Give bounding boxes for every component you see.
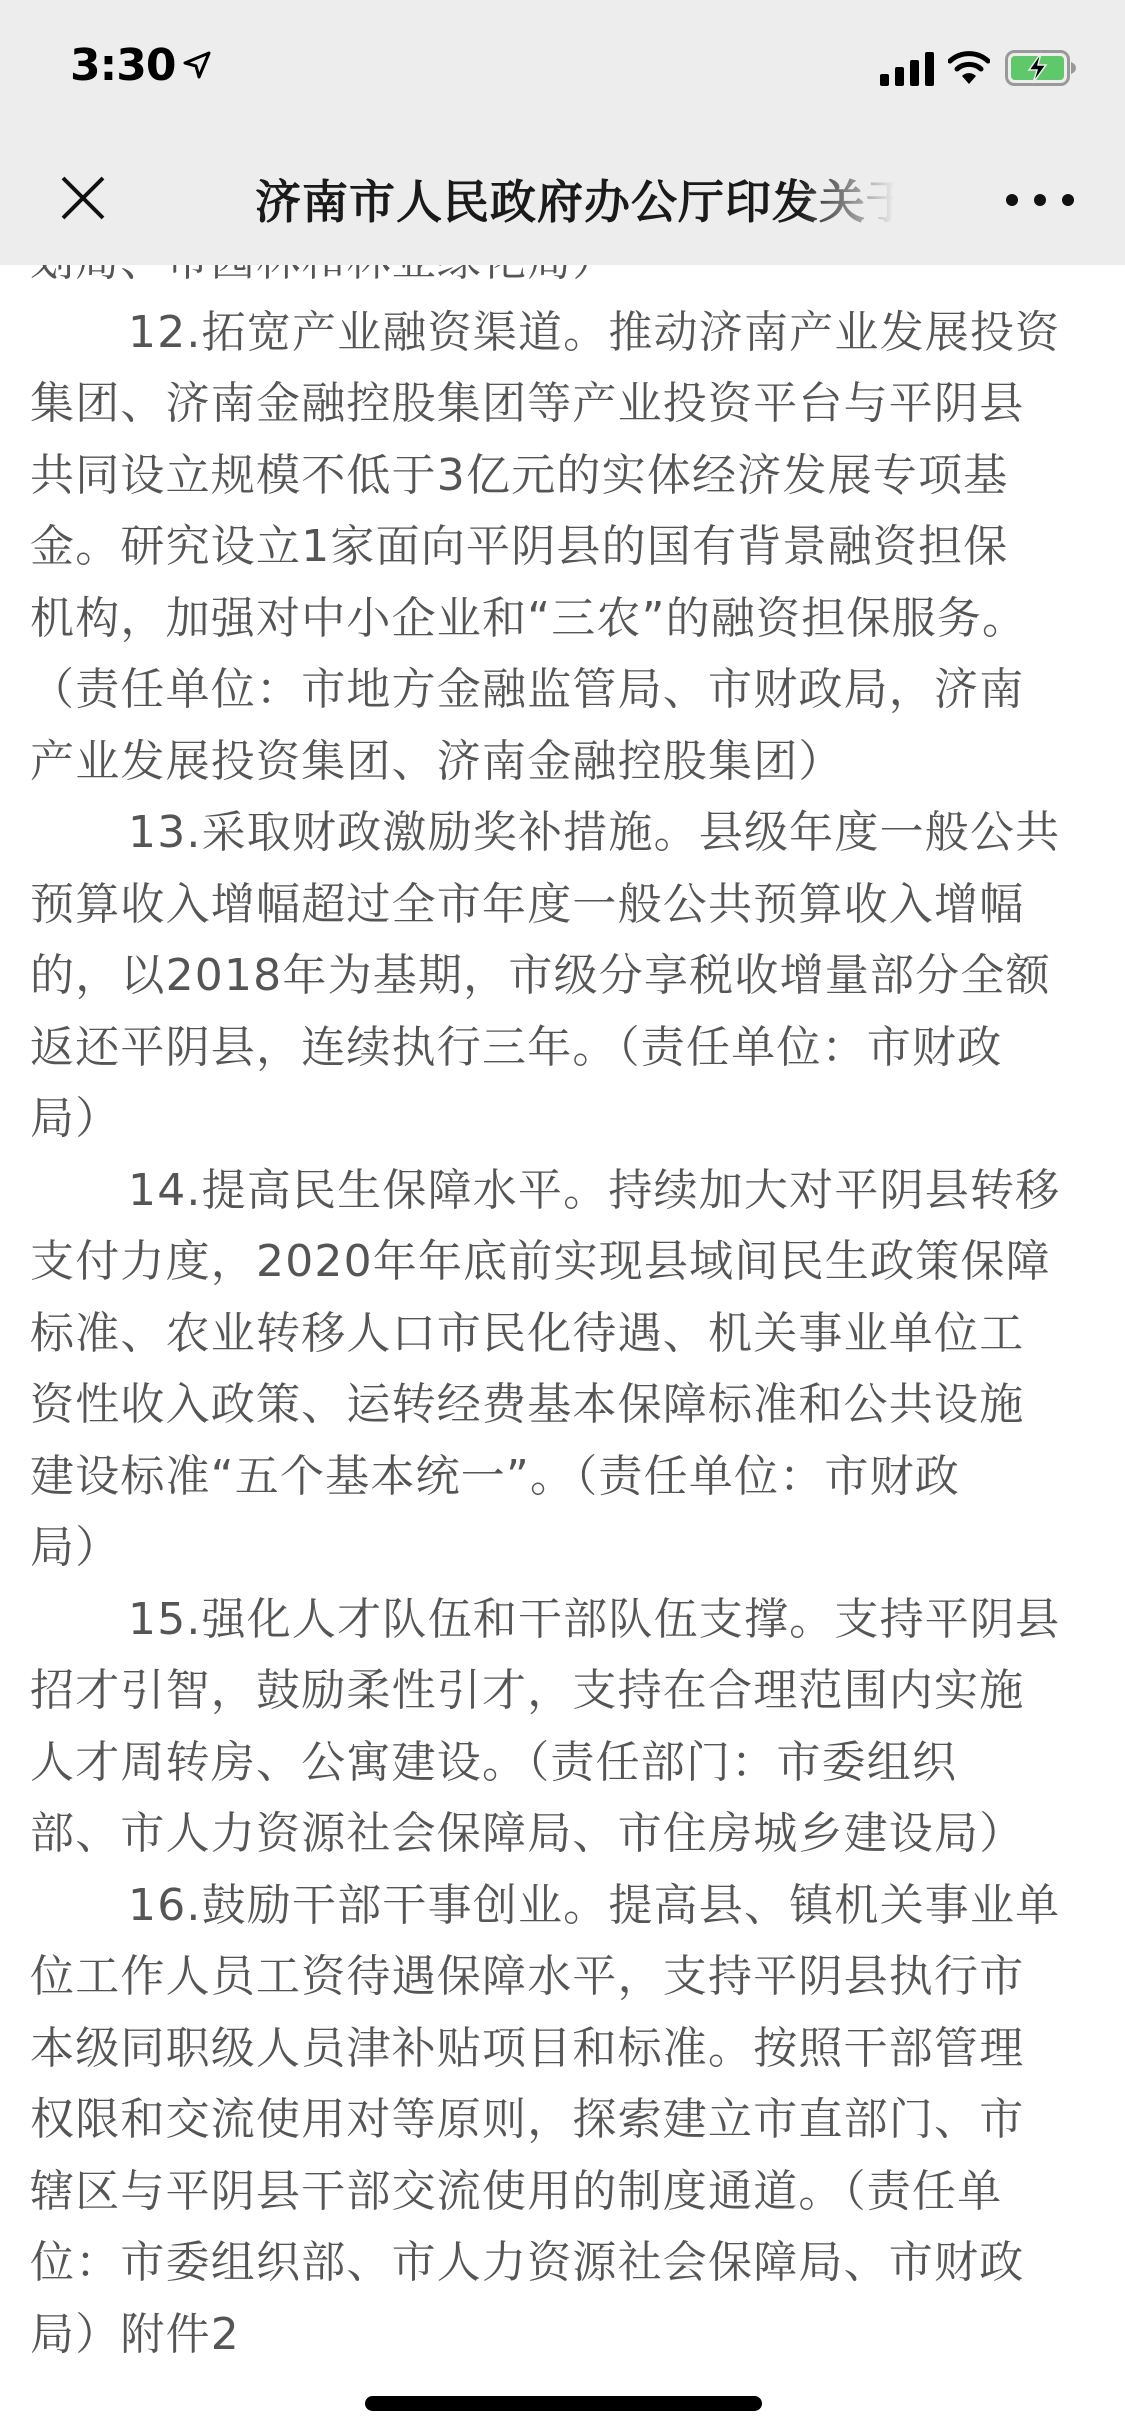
text-line: （责任单位：市地方金融监管局、市财政局，济南 xyxy=(30,654,1100,726)
wifi-icon xyxy=(948,48,990,86)
text-line: 集团、济南金融控股集团等产业投资平台与平阴县 xyxy=(30,368,1100,440)
text-line: 标准、农业转移人口市民化待遇、机关事业单位工 xyxy=(30,1298,1100,1370)
text-line: 建设标准“五个基本统一”。（责任单位：市财政 xyxy=(30,1441,1100,1513)
status-time: 3:30 xyxy=(70,40,175,91)
text-line: 共同设立规模不低于3亿元的实体经济发展专项基 xyxy=(30,440,1100,512)
text-line: 人才周转房、公寓建设。（责任部门：市委组织 xyxy=(30,1727,1100,1799)
text-line: 权限和交流使用对等原则，探索建立市直部门、市 xyxy=(30,2084,1100,2156)
paragraph-start-line: 14.提高民生保障水平。持续加大对平阴县转移 xyxy=(30,1155,1100,1227)
battery-charging-icon xyxy=(1005,50,1077,86)
more-icon[interactable] xyxy=(1000,180,1080,220)
status-bar: 3:30 xyxy=(0,0,1125,130)
cellular-signal-icon xyxy=(880,52,936,86)
text-line: 局）附件2 xyxy=(30,2299,1100,2371)
text-line: 部、市人力资源社会保障局、市住房城乡建设局） xyxy=(30,1798,1100,1870)
text-line: 位：市委组织部、市人力资源社会保障局、市财政 xyxy=(30,2227,1100,2299)
text-line: 划局、市园林和林业绿化局） xyxy=(30,265,1100,297)
paragraph-start-line: 15.强化人才队伍和干部队伍支撑。支持平阴县 xyxy=(30,1584,1100,1656)
text-line: 局） xyxy=(30,1512,1100,1584)
location-arrow-icon xyxy=(182,50,212,80)
text-line: 局） xyxy=(30,1083,1100,1155)
text-line: 辖区与平阴县干部交流使用的制度通道。（责任单 xyxy=(30,2156,1100,2228)
text-line: 招才引智，鼓励柔性引才，支持在合理范围内实施 xyxy=(30,1655,1100,1727)
text-line: 本级同职级人员津补贴项目和标准。按照干部管理 xyxy=(30,2013,1100,2085)
nav-bar: 济南市人民政府办公厅印发关于 xyxy=(0,130,1125,265)
paragraph-start-line: 16.鼓励干部干事创业。提高县、镇机关事业单 xyxy=(30,1870,1100,1942)
text-line: 资性收入政策、运转经费基本保障标准和公共设施 xyxy=(30,1369,1100,1441)
text-line: 产业发展投资集团、济南金融控股集团） xyxy=(30,726,1100,798)
text-line: 的，以2018年为基期，市级分享税收增量部分全额 xyxy=(30,940,1100,1012)
text-line: 返还平阴县，连续执行三年。（责任单位：市财政 xyxy=(30,1012,1100,1084)
close-icon[interactable] xyxy=(55,170,111,226)
text-line: 预算收入增幅超过全市年度一般公共预算收入增幅 xyxy=(30,869,1100,941)
text-line: 支付力度，2020年年底前实现县域间民生政策保障 xyxy=(30,1226,1100,1298)
paragraph-start-line: 12.拓宽产业融资渠道。推动济南产业发展投资 xyxy=(30,297,1100,369)
text-line: 位工作人员工资待遇保障水平，支持平阴县执行市 xyxy=(30,1941,1100,2013)
home-indicator[interactable] xyxy=(365,2396,762,2411)
document-content[interactable]: 划局、市园林和林业绿化局）12.拓宽产业融资渠道。推动济南产业发展投资集团、济南… xyxy=(0,265,1125,2436)
text-line: 金。研究设立1家面向平阴县的国有背景融资担保 xyxy=(30,511,1100,583)
page-title: 济南市人民政府办公厅印发关于 xyxy=(255,166,895,230)
paragraph-start-line: 13.采取财政激励奖补措施。县级年度一般公共 xyxy=(30,797,1100,869)
text-line: 机构，加强对中小企业和“三农”的融资担保服务。 xyxy=(30,583,1100,655)
document-body: 划局、市园林和林业绿化局）12.拓宽产业融资渠道。推动济南产业发展投资集团、济南… xyxy=(30,265,1100,2370)
